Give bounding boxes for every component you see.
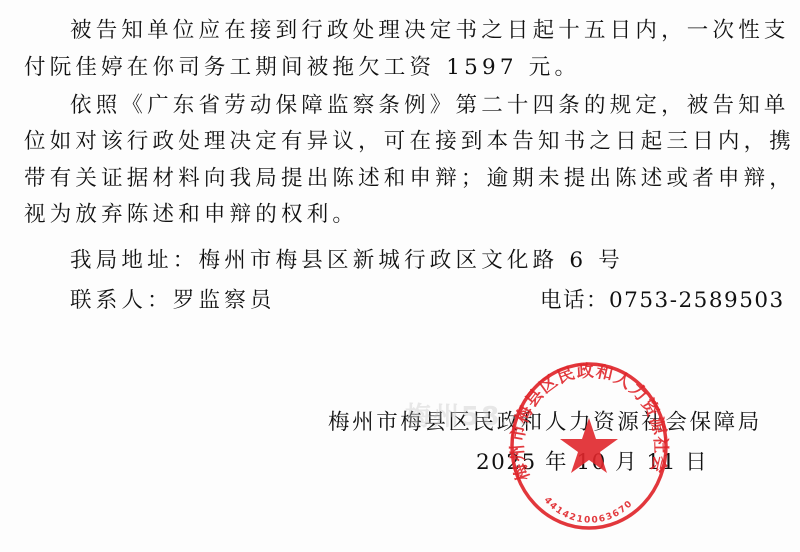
seal-number: 4414210063670 xyxy=(542,495,635,525)
issue-date: 2025 年 10 月 11 日 xyxy=(476,452,708,474)
paragraph-2-line-2: 位如对该行政处理决定有异议，可在接到本告知书之日起三日内，携 xyxy=(24,131,795,153)
site-watermark: 梅州58.cc xyxy=(405,396,531,433)
paragraph-1-line-2: 付阮佳婷在你司务工期间被拖欠工资 1597 元。 xyxy=(24,57,580,79)
contact-phone: 电话：0753-2589503 xyxy=(540,290,785,312)
watermark-text: 梅州58 xyxy=(405,402,501,432)
issuing-authority: 梅州市梅县区民政和人力资源社会保障局 xyxy=(328,412,762,434)
contact-person: 联系人：罗监察员 xyxy=(70,290,276,312)
paragraph-2-line-4: 视为放弃陈述和申辩的权利。 xyxy=(24,204,358,226)
watermark-suffix: .cc xyxy=(501,411,530,429)
svg-text:4414210063670: 4414210063670 xyxy=(542,495,635,525)
paragraph-2-line-3: 带有关证据材料向我局提出陈述和申辩；逾期未提出陈述或者申辩， xyxy=(24,168,795,190)
office-address: 我局地址：梅州市梅县区新城行政区文化路 6 号 xyxy=(70,250,624,272)
official-seal-icon: 梅州市梅县区民政和人力资源社会保障局 4414210063670 xyxy=(508,360,670,532)
paragraph-2-line-1: 依照《广东省劳动保障监察条例》第二十四条的规定，被告知单 xyxy=(70,95,790,117)
paragraph-1-line-1: 被告知单位应在接到行政处理决定书之日起十五日内，一次性支 xyxy=(70,20,790,42)
